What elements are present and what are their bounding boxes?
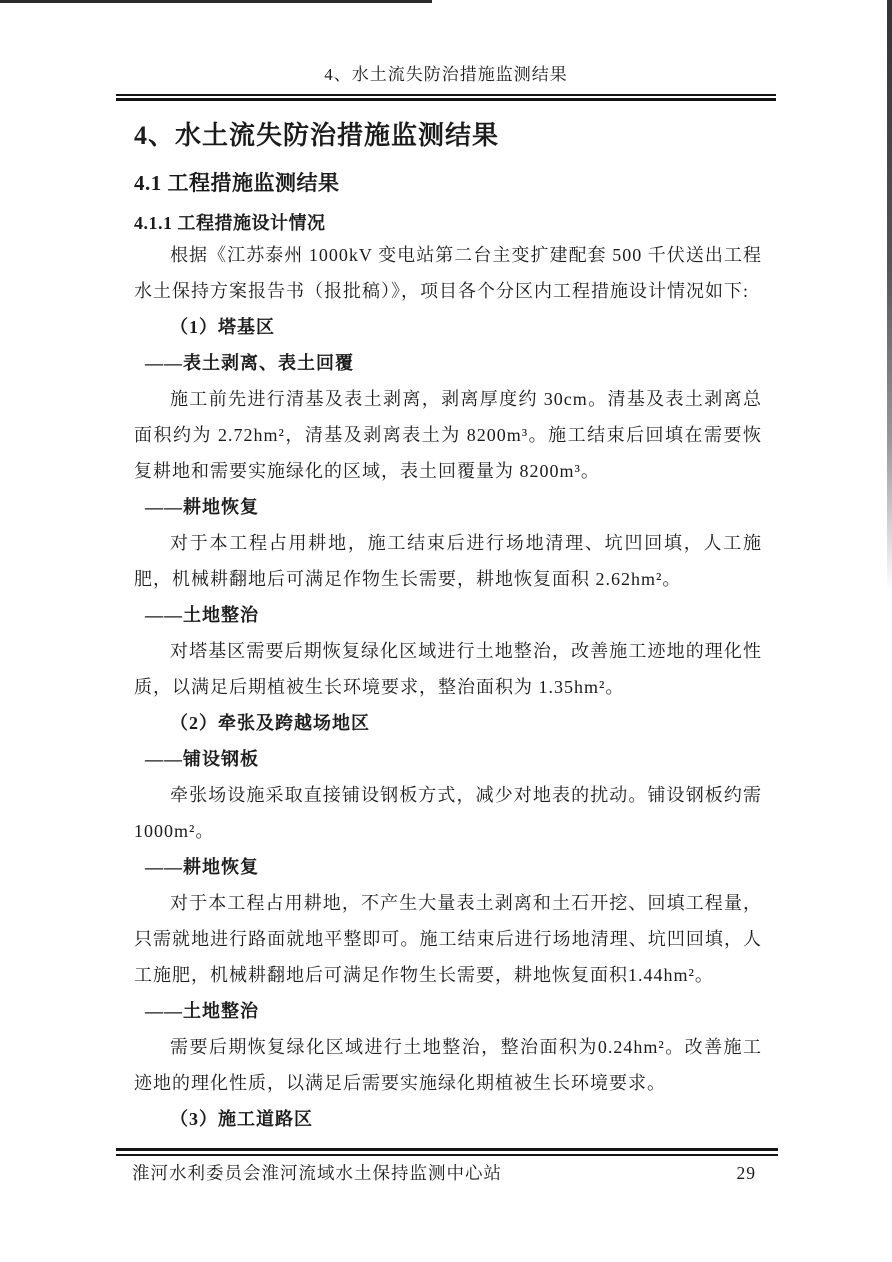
scan-artifact-top-edge (0, 0, 432, 3)
document-page: 4、水土流失防治措施监测结果 4、水土流失防治措施监测结果 4.1 工程措施监测… (0, 0, 892, 1262)
document-body: 4.1.1 工程措施设计情况 根据《江苏泰州 1000kV 变电站第二台主变扩建… (134, 209, 762, 1137)
chapter-title: 4、水土流失防治措施监测结果 (134, 119, 762, 153)
measure-heading: ——铺设钢板 (134, 741, 762, 777)
paragraph: 施工前先进行清基及表土剥离，剥离厚度约 30cm。清基及表土剥离总面积约为 2.… (134, 381, 762, 489)
subsection-title: 4.1.1 工程措施设计情况 (134, 209, 762, 237)
numbered-heading: （3）施工道路区 (134, 1101, 762, 1137)
paragraph: 牵张场设施采取直接铺设钢板方式，减少对地表的扰动。铺设钢板约需1000m²。 (134, 777, 762, 849)
measure-heading: ——耕地恢复 (134, 489, 762, 525)
measure-heading: ——土地整治 (134, 993, 762, 1029)
paragraph: 对于本工程占用耕地，不产生大量表土剥离和土石开挖、回填工程量，只需就地进行路面就… (134, 885, 762, 993)
page-footer: 淮河水利委员会淮河流域水土保持监测中心站 29 (116, 1148, 778, 1185)
paragraph: 对塔基区需要后期恢复绿化区域进行土地整治，改善施工迹地的理化性质，以满足后期植被… (134, 633, 762, 705)
measure-heading: ——耕地恢复 (134, 849, 762, 885)
footer-organization: 淮河水利委员会淮河流域水土保持监测中心站 (132, 1161, 502, 1185)
section-title: 4.1 工程措施监测结果 (134, 169, 762, 197)
scan-artifact-right-edge (887, 0, 892, 590)
running-title: 4、水土流失防治措施监测结果 (324, 65, 568, 84)
paragraph: 根据《江苏泰州 1000kV 变电站第二台主变扩建配套 500 千伏送出工程水土… (134, 237, 762, 309)
header-rule (116, 94, 776, 101)
paragraph: 需要后期恢复绿化区域进行土地整治，整治面积为0.24hm²。改善施工迹地的理化性… (134, 1029, 762, 1101)
measure-heading: ——表土剥离、表土回覆 (134, 345, 762, 381)
page-number: 29 (737, 1161, 757, 1185)
numbered-heading: （1）塔基区 (134, 309, 762, 345)
numbered-heading: （2）牵张及跨越场地区 (134, 705, 762, 741)
paragraph: 对于本工程占用耕地，施工结束后进行场地清理、坑凹回填，人工施肥，机械耕翻地后可满… (134, 525, 762, 597)
page-header: 4、水土流失防治措施监测结果 (0, 0, 892, 88)
footer-rule (116, 1148, 778, 1156)
measure-heading: ——土地整治 (134, 597, 762, 633)
